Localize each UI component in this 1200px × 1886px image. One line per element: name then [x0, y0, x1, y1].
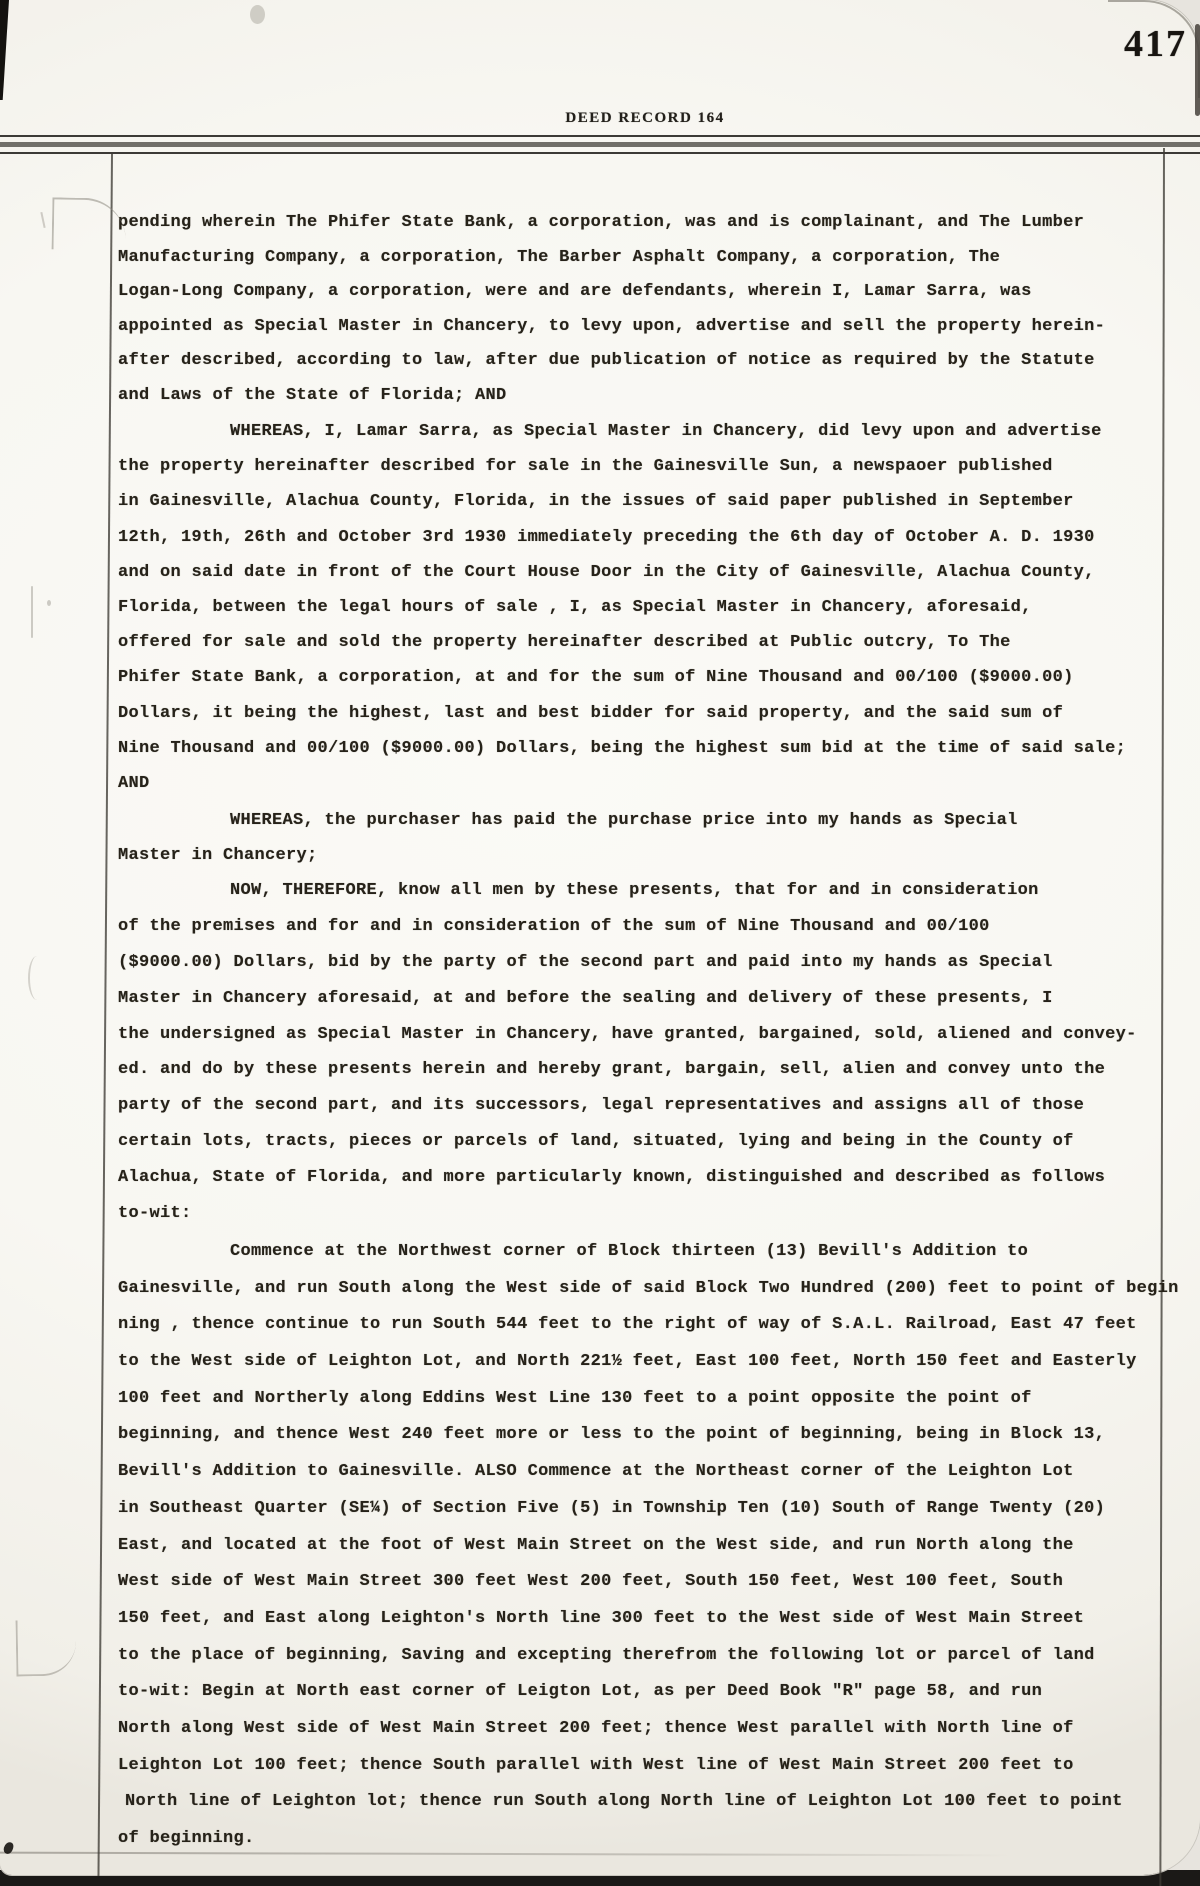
deed-text-line: the property hereinafter described for s… — [118, 449, 1200, 484]
deed-text-line: 12th, 19th, 26th and October 3rd 1930 im… — [118, 520, 1200, 555]
deed-text-line: Logan-Long Company, a corporation, were … — [118, 275, 1200, 310]
deed-text-line: Nine Thousand and 00/100 ($9000.00) Doll… — [118, 731, 1200, 766]
deed-text-line: appointed as Special Master in Chancery,… — [118, 310, 1200, 345]
deed-text-line: in Gainesville, Alachua County, Florida,… — [118, 484, 1200, 519]
deed-text-line: West side of West Main Street 300 feet W… — [118, 1564, 1200, 1601]
deed-text-line: beginning, and thence West 240 feet more… — [118, 1417, 1200, 1454]
deed-text-line: to the West side of Leighton Lot, and No… — [118, 1344, 1200, 1381]
deed-text-line: Master in Chancery aforesaid, at and bef… — [118, 981, 1200, 1017]
deed-text-line: Florida, between the legal hours of sale… — [118, 590, 1200, 625]
deed-text-line: NOW, THEREFORE, know all men by these pr… — [118, 873, 1200, 909]
deed-text-line: WHEREAS, the purchaser has paid the purc… — [118, 804, 1200, 839]
deed-text-line: ($9000.00) Dollars, bid by the party of … — [118, 945, 1200, 981]
deed-text-line: of beginning. — [118, 1821, 1200, 1858]
deed-text-line: Master in Chancery; — [118, 839, 1200, 874]
deed-text-line: 100 feet and Northerly along Eddins West… — [118, 1381, 1200, 1418]
deed-text-line: AND — [118, 766, 1200, 801]
deed-text-line: Phifer State Bank, a corporation, at and… — [118, 660, 1200, 695]
deed-paragraph: WHEREAS, I, Lamar Sarra, as Special Mast… — [118, 414, 1200, 801]
deed-text-line: Alachua, State of Florida, and more part… — [118, 1160, 1200, 1196]
deed-text-line: of the premises and for and in considera… — [118, 909, 1200, 945]
deed-text-line: and Laws of the State of Florida; AND — [118, 379, 1200, 414]
deed-text-line: Manufacturing Company, a corporation, Th… — [118, 241, 1200, 276]
deed-body: pending wherein The Phifer State Bank, a… — [0, 0, 1200, 1886]
deed-text-line: party of the second part, and its succes… — [118, 1088, 1200, 1124]
deed-text-line: Dollars, it being the highest, last and … — [118, 696, 1200, 731]
deed-text-line: to-wit: — [118, 1196, 1200, 1232]
deed-text-line: North along West side of West Main Stree… — [118, 1711, 1200, 1748]
deed-text-line: offered for sale and sold the property h… — [118, 625, 1200, 660]
deed-text-line: 150 feet, and East along Leighton's Nort… — [118, 1601, 1200, 1638]
deed-paragraph: NOW, THEREFORE, know all men by these pr… — [118, 873, 1200, 1232]
deed-text-line: after described, according to law, after… — [118, 344, 1200, 379]
deed-text-line: North line of Leighton lot; thence run S… — [118, 1784, 1200, 1821]
deed-text-line: in Southeast Quarter (SE¼) of Section Fi… — [118, 1491, 1200, 1528]
deed-text-line: Commence at the Northwest corner of Bloc… — [118, 1234, 1200, 1271]
deed-text-line: to the place of beginning, Saving and ex… — [118, 1638, 1200, 1675]
deed-text-line: WHEREAS, I, Lamar Sarra, as Special Mast… — [118, 414, 1200, 449]
scanned-deed-page: 417 DEED RECORD 164 pending wherein The … — [0, 0, 1200, 1886]
deed-paragraph: WHEREAS, the purchaser has paid the purc… — [118, 804, 1200, 873]
deed-text-line: Gainesville, and run South along the Wes… — [118, 1271, 1200, 1308]
deed-text-line: ed. and do by these presents herein and … — [118, 1052, 1200, 1088]
deed-text-line: to-wit: Begin at North east corner of Le… — [118, 1674, 1200, 1711]
deed-text-line: ning , thence continue to run South 544 … — [118, 1307, 1200, 1344]
deed-text-line: Bevill's Addition to Gainesville. ALSO C… — [118, 1454, 1200, 1491]
deed-text-line: the undersigned as Special Master in Cha… — [118, 1017, 1200, 1053]
deed-text-line: East, and located at the foot of West Ma… — [118, 1528, 1200, 1565]
deed-paragraph: Commence at the Northwest corner of Bloc… — [118, 1234, 1200, 1858]
deed-text-line: certain lots, tracts, pieces or parcels … — [118, 1124, 1200, 1160]
deed-paragraph: pending wherein The Phifer State Bank, a… — [118, 206, 1200, 414]
deed-text-line: and on said date in front of the Court H… — [118, 555, 1200, 590]
deed-text-line: Leighton Lot 100 feet; thence South para… — [118, 1748, 1200, 1785]
deed-text-line: pending wherein The Phifer State Bank, a… — [118, 206, 1200, 241]
